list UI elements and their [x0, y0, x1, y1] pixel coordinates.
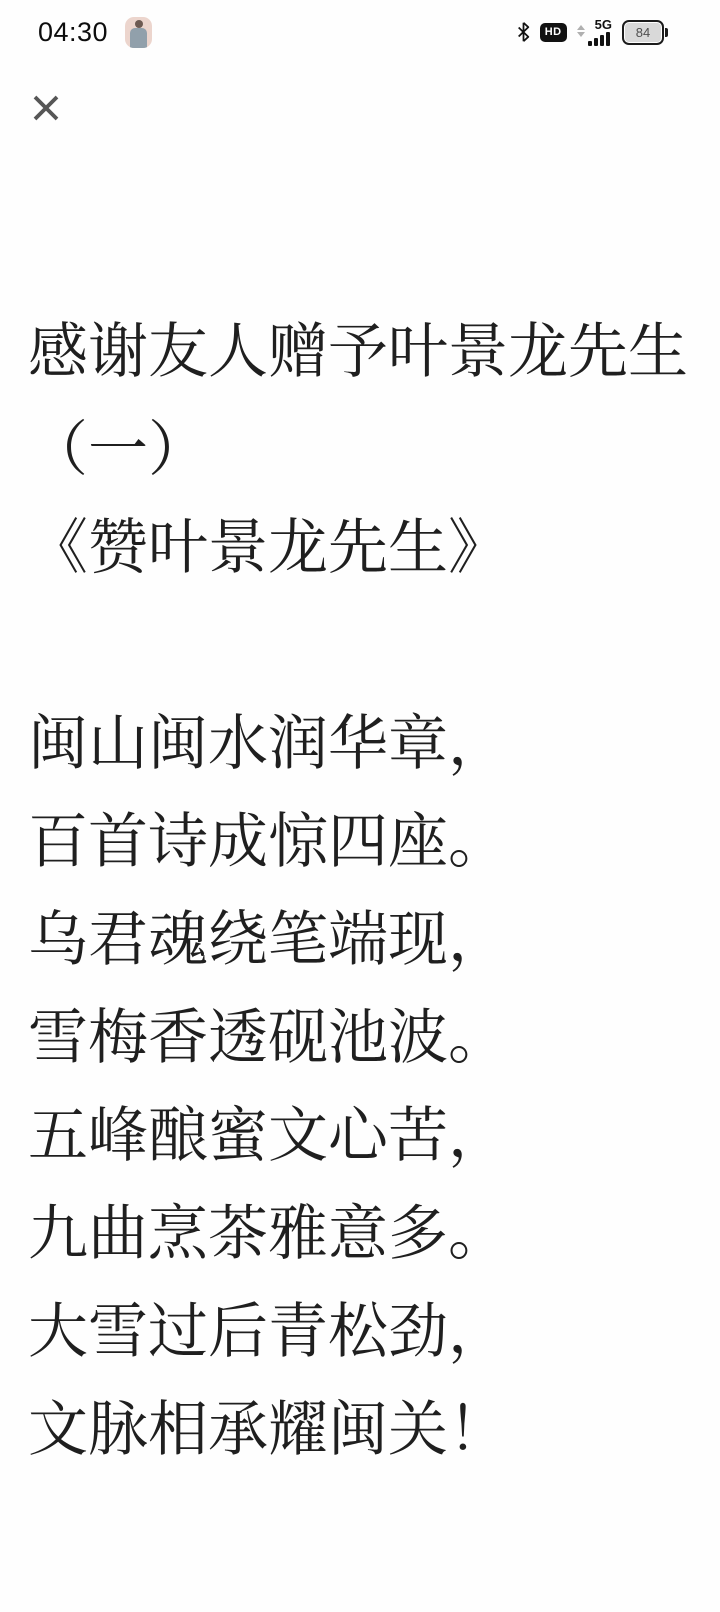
poem-name-line: 《赞叶景龙先生》: [28, 499, 716, 597]
blank-line: [28, 597, 716, 695]
clock: 04:30: [38, 17, 108, 48]
battery-percent: 84: [625, 23, 661, 42]
status-bar: 04:30 HD 5G 84: [0, 0, 720, 60]
avatar-body-shape: [130, 28, 147, 48]
data-activity-arrows-icon: [577, 25, 585, 46]
battery-icon: 84: [622, 20, 668, 45]
cellular-signal-icon: 5G: [577, 19, 612, 46]
close-button[interactable]: [28, 90, 64, 126]
poem-verse-line: 文脉相承耀闽关！: [28, 1381, 716, 1479]
close-icon: [31, 93, 61, 123]
poem-title-line: 感谢友人赠予叶景龙先生: [28, 303, 716, 401]
notification-avatar: [125, 17, 152, 48]
poem-verse-line: 百首诗成惊四座。: [28, 793, 716, 891]
poem-verse-line: 乌君魂绕笔端现，: [28, 891, 716, 989]
poem-verse-line: 九曲烹茶雅意多。: [28, 1185, 716, 1283]
poem-number-line: （一）: [28, 401, 716, 499]
poem-verse-line: 大雪过后青松劲，: [28, 1283, 716, 1381]
poem-text: 感谢友人赠予叶景龙先生 （一） 《赞叶景龙先生》 闽山闽水润华章， 百首诗成惊四…: [28, 303, 716, 1479]
poem-verse-line: 雪梅香透砚池波。: [28, 989, 716, 1087]
bluetooth-icon: [517, 21, 530, 43]
avatar-head-shape: [135, 20, 143, 28]
hd-voice-icon: HD: [540, 23, 567, 42]
signal-bars-icon: [588, 32, 610, 46]
poem-verse-line: 五峰酿蜜文心苦，: [28, 1087, 716, 1185]
poem-verse-line: 闽山闽水润华章，: [28, 695, 716, 793]
network-type-label: 5G: [595, 19, 612, 31]
status-icons: HD 5G 84: [517, 19, 668, 46]
